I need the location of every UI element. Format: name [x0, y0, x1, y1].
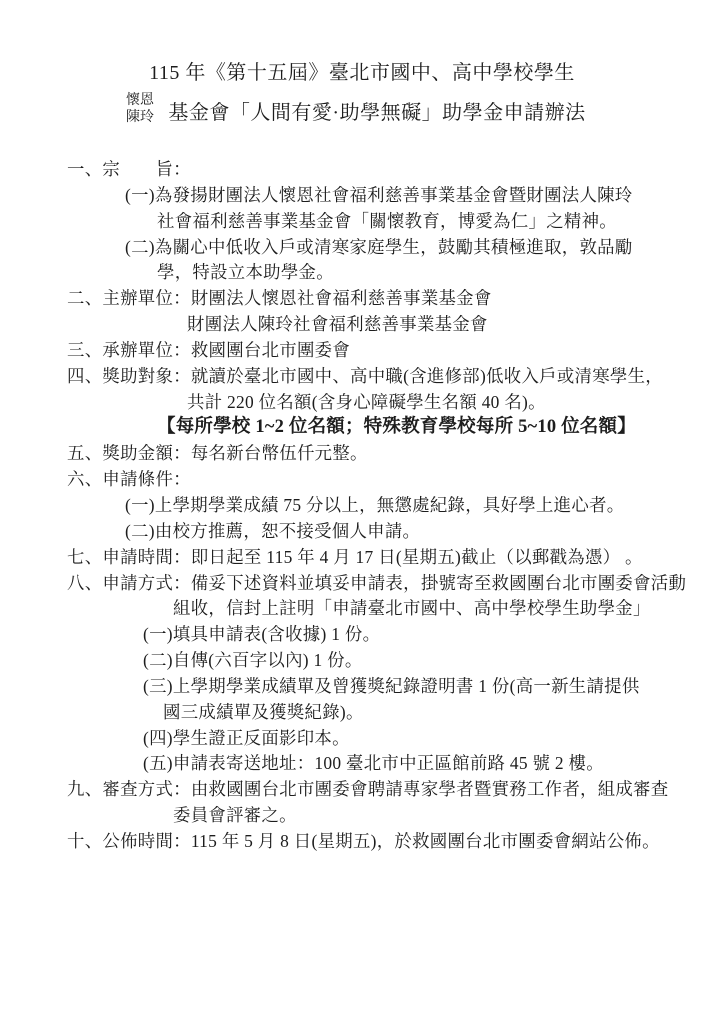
doc-line-apply-method-cont: 組收，信封上註明「申請臺北市國中、高中學校學生助學金」 — [173, 596, 724, 622]
doc-line-apply-item5-address: (五)申請表寄送地址：100 臺北市中正區館前路 45 號 2 樓。 — [143, 751, 724, 777]
doc-line-conditions-heading: 六、申請條件： — [67, 467, 724, 493]
doc-line-apply-item1: (一)填具申請表(含收據) 1 份。 — [143, 622, 724, 648]
doc-line-apply-time: 七、申請時間：即日起至 115 年 4 月 17 日(星期五)截止（以郵戳為憑）… — [67, 545, 724, 571]
doc-line-organizer: 二、主辦單位：財團法人懷恩社會福利慈善事業基金會 — [67, 286, 724, 312]
doc-line-announce-time: 十、公佈時間：115 年 5 月 8 日(星期五)，於救國團台北市團委會網站公佈… — [67, 829, 724, 855]
doc-line-review-method: 九、審查方式：由救國團台北市團委會聘請專家學者暨實務工作者，組成審查 — [67, 777, 724, 803]
doc-line-purpose-item2: (二)為關心中低收入戶或清寒家庭學生，鼓勵其積極進取，敦品勵 — [125, 235, 724, 261]
doc-line-grant-amount: 五、獎助金額：每名新台幣伍仟元整。 — [67, 441, 724, 467]
doc-line-purpose-heading: 一、宗 旨： — [67, 157, 724, 183]
document-page: 115 年《第十五屆》臺北市國中、高中學校學生 懷恩 陳玲 基金會「人間有愛·助… — [0, 0, 724, 1024]
doc-line-co-organizer: 三、承辦單位：救國團台北市團委會 — [67, 338, 724, 364]
doc-line-purpose-item1: (一)為發揚財團法人懷恩社會福利慈善事業基金會暨財團法人陳玲 — [125, 183, 724, 209]
doc-line-apply-item2: (二)自傳(六百字以內) 1 份。 — [143, 648, 724, 674]
doc-line-apply-item4: (四)學生證正反面影印本。 — [143, 726, 724, 752]
doc-line-recipients: 四、獎助對象：就讀於臺北市國中、高中職(含進修部)低收入戶或清寒學生， — [67, 364, 724, 390]
doc-line-recipients-cont: 共計 220 位名額(含身心障礙學生名額 40 名)。 — [187, 390, 724, 416]
doc-line-apply-item3-cont: 國三成績單及獲獎紀錄)。 — [163, 700, 724, 726]
doc-line-purpose-item1-cont: 社會福利慈善事業基金會「關懷教育，博愛為仁」之精神。 — [157, 209, 724, 235]
doc-title-line2: 基金會「人間有愛·助學無礙」助學金申請辦法 — [0, 100, 724, 126]
doc-line-organizer-cont: 財團法人陳玲社會福利慈善事業基金會 — [187, 312, 724, 338]
doc-line-purpose-item2-cont: 學，特設立本助學金。 — [157, 260, 724, 286]
doc-line-conditions-item2: (二)由校方推薦，恕不接受個人申請。 — [125, 519, 724, 545]
doc-title-line1: 115 年《第十五屆》臺北市國中、高中學校學生 — [0, 60, 724, 86]
doc-line-apply-item3: (三)上學期學業成績單及曾獲獎紀錄證明書 1 份(高一新生請提供 — [143, 674, 724, 700]
doc-line-quota-note: 【每所學校 1~2 位名額；特殊教育學校每所 5~10 位名額】 — [157, 415, 724, 441]
doc-line-review-method-cont: 委員會評審之。 — [173, 803, 724, 829]
doc-line-apply-method: 八、申請方式：備妥下述資料並填妥申請表，掛號寄至救國團台北市團委會活動 — [67, 571, 724, 597]
doc-line-conditions-item1: (一)上學期學業成績 75 分以上，無懲處紀錄，具好學上進心者。 — [125, 493, 724, 519]
document-body: 一、宗 旨： (一)為發揚財團法人懷恩社會福利慈善事業基金會暨財團法人陳玲 社會… — [0, 157, 724, 855]
